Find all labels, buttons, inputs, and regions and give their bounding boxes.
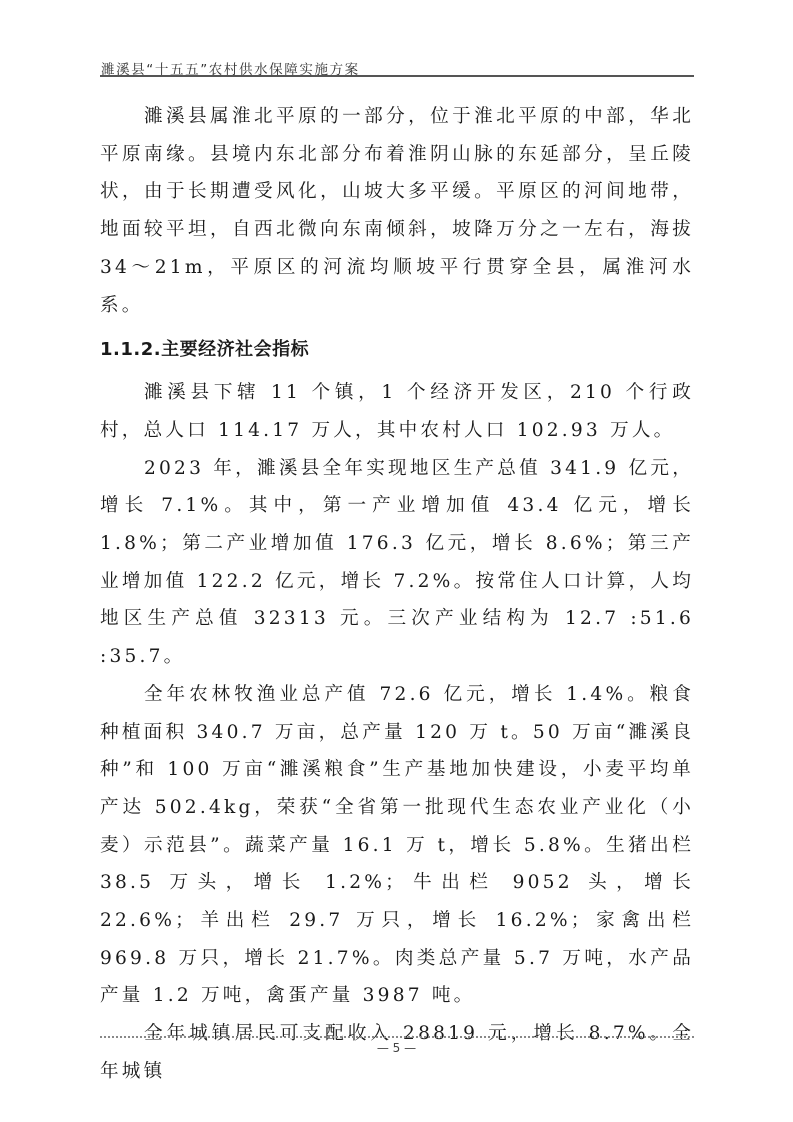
section-heading: 1.1.2.主要经济社会指标: [100, 328, 694, 372]
paragraph-administration: 濉溪县下辖 11 个镇，1 个经济开发区，210 个行政村，总人口 114.17…: [100, 374, 694, 449]
header-divider: [100, 75, 694, 77]
paragraph-agriculture: 全年农林牧渔业总产值 72.6 亿元，增长 1.4%。粮食种植面积 340.7 …: [100, 676, 694, 1015]
page-number: — 5 —: [0, 1041, 793, 1055]
paragraph-terrain: 濉溪县属淮北平原的一部分，位于淮北平原的中部，华北平原南缘。县境内东北部分布着淮…: [100, 98, 694, 324]
footer-divider: [100, 1036, 694, 1038]
paragraph-gdp: 2023 年，濉溪县全年实现地区生产总值 341.9 亿元，增长 7.1%。其中…: [100, 450, 694, 676]
document-body: 濉溪县属淮北平原的一部分，位于淮北平原的中部，华北平原南缘。县境内东北部分布着淮…: [100, 98, 694, 1091]
